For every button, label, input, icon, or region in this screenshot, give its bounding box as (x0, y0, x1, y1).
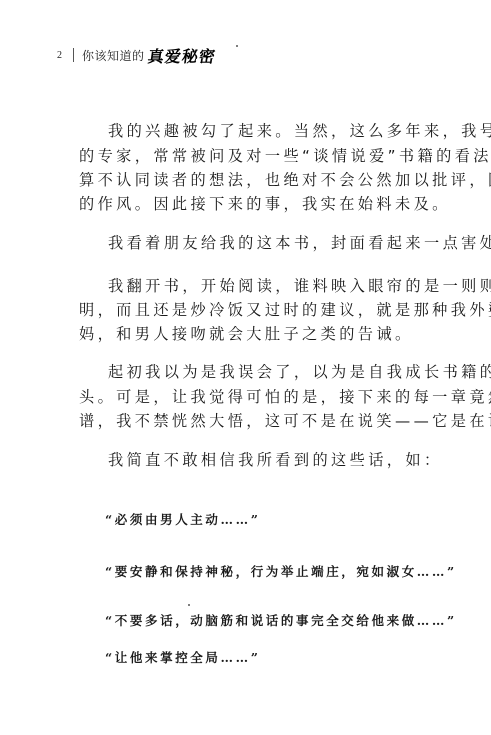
text-line: 的专家，常常被问及对一些“谈情说爱”书籍的看法。平常我就 (79, 146, 491, 166)
text-line: 我的兴趣被勾了起来。当然，这么多年来，我号称两性关系 (108, 121, 491, 141)
quote-item: “不要多话，动脑筋和说话的事完全交给他来做……” (105, 612, 457, 630)
text-line: 我翻开书，开始阅读，谁料映入眼帘的是一则则不但不高 (108, 276, 491, 296)
text-line: 明，而且还是炒冷饭又过时的建议，就是那种我外婆告诉我妈 (79, 300, 491, 320)
text-line: 的作风。因此接下来的事，我实在始料未及。 (79, 194, 451, 214)
quote-item: “要安静和保持神秘，行为举止端庄，宛如淑女……” (105, 563, 457, 581)
text-line: 我看着朋友给我的这本书，封面看起来一点害处也没有。 (108, 233, 491, 253)
scan-speck (236, 45, 238, 47)
text-line: 头。可是，让我觉得可怕的是，接下来的每一章竟然越来越离 (79, 387, 491, 407)
running-header: 2 你该知道的 真爱秘密 (57, 44, 216, 66)
text-line: 起初我以为是我误会了，以为是自我成长书籍的搞笑式开 (108, 362, 491, 382)
header-divider (73, 48, 74, 62)
quote-item: “让他来掌控全局……” (105, 649, 260, 667)
text-line: 我简直不敢相信我所看到的这些话，如： (108, 450, 443, 470)
quote-item: “必须由男人主动……” (105, 511, 260, 529)
page-number: 2 (57, 50, 69, 61)
book-title-calligraphy: 真爱秘密 (146, 44, 217, 67)
text-line: 谱，我不禁恍然大悟，这可不是在说笑——它是在说真的！ (79, 411, 491, 431)
text-line: 妈，和男人接吻就会大肚子之类的告诫。 (79, 324, 414, 344)
text-line: 算不认同读者的想法，也绝对不会公然加以批评，因为那不是我 (79, 170, 491, 190)
book-title-prefix: 你该知道的 (82, 47, 145, 64)
scan-speck (188, 604, 190, 606)
